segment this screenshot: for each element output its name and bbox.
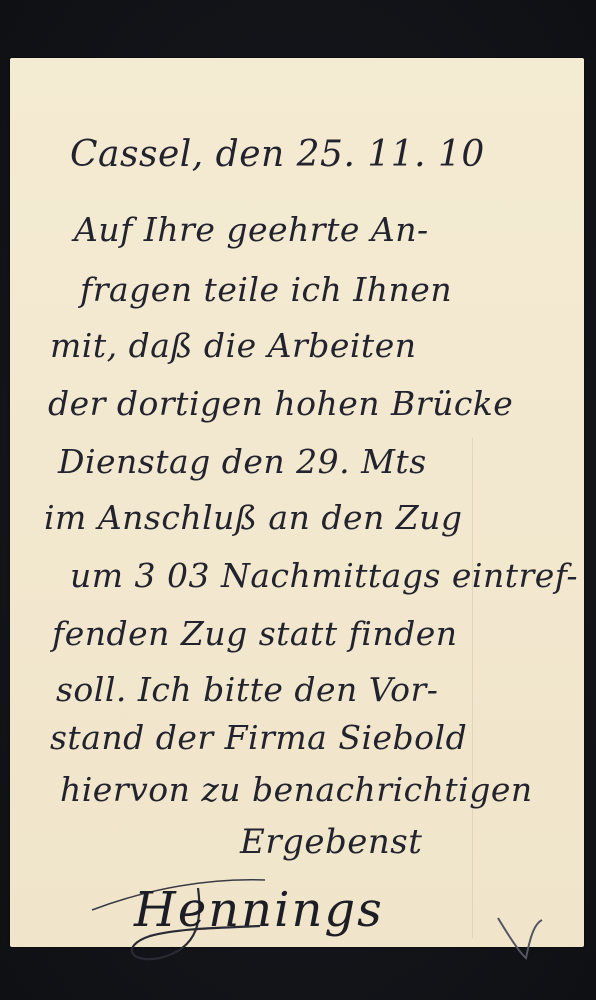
closing-salutation: Ergebenst: [240, 822, 422, 862]
body-line-9: soll. Ich bitte den Vor-: [56, 670, 438, 709]
body-line-7: um 3 03 Nachmittags eintref-: [70, 556, 578, 595]
body-line-2: fragen teile ich Ihnen: [80, 270, 452, 309]
body-line-5: Dienstag den 29. Mts: [58, 442, 427, 481]
body-line-10: stand der Firma Siebold: [50, 718, 467, 757]
body-line-6: im Anschluß an den Zug: [44, 498, 463, 537]
signature: Hennings: [134, 882, 384, 938]
body-line-1: Auf Ihre geehrte An-: [74, 210, 429, 249]
paper-crease: [472, 438, 473, 938]
body-line-3: mit, daß die Arbeiten: [50, 326, 416, 365]
body-line-8: fenden Zug statt finden: [52, 614, 458, 653]
postcard: Cassel, den 25. 11. 10 Auf Ihre geehrte …: [10, 58, 584, 947]
scan-background: Cassel, den 25. 11. 10 Auf Ihre geehrte …: [0, 0, 596, 1000]
body-line-4: der dortigen hohen Brücke: [48, 384, 513, 423]
place-date-line: Cassel, den 25. 11. 10: [70, 134, 485, 175]
body-line-11: hiervon zu benachrichtigen: [60, 770, 533, 809]
